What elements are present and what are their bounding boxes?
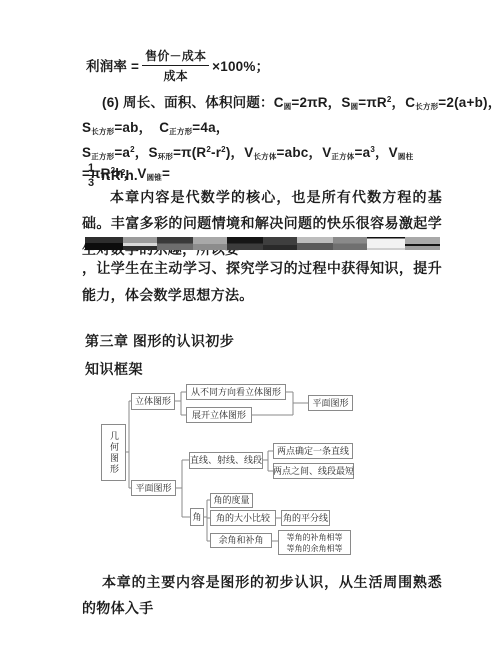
artifact-segment <box>123 237 157 250</box>
node-angle-bisector: 角的平分线 <box>281 510 330 526</box>
artifact-segment <box>333 237 367 250</box>
artifact-segment <box>85 237 123 250</box>
chapter-heading: 第三章 图形的认识初步 <box>85 331 234 351</box>
artifact-segment <box>193 237 227 250</box>
fraction-numerator: 1 <box>85 162 97 176</box>
node-angle-compare: 角的大小比较 <box>210 510 276 526</box>
scan-artifact-bar <box>85 237 440 250</box>
node-complementary-supplementary: 余角和补角 <box>210 533 272 548</box>
perimeter-area-line: (6) 周长、面积、体积问题：C圆=2πR，S圆=πR2，C长方形=2(a+b)… <box>82 91 452 112</box>
artifact-segment <box>367 237 405 250</box>
cone-formula-rest: πR2h. <box>100 168 138 183</box>
formula-rhs: ×100%； <box>212 55 269 75</box>
node-two-points-determine-line: 两点确定一条直线 <box>273 443 353 459</box>
node-angle-measure: 角的度量 <box>210 493 253 508</box>
fraction-denominator: 成本 <box>142 66 209 84</box>
fraction: 售价－成本 成本 <box>142 47 209 84</box>
node-plane-figures-left: 平面图形 <box>131 480 176 496</box>
node-equal-angles-rules: 等角的补角相等 等角的余角相等 <box>278 530 351 555</box>
artifact-segment <box>405 237 440 250</box>
paragraph-active-learning: ，让学生在主动学习、探究学习的过程中获得知识，提升能力，体会数学思想方法。 <box>82 255 442 309</box>
artifact-segment <box>297 237 333 250</box>
node-segment-shortest: 两点之间、线段最短 <box>273 463 354 479</box>
profit-rate-formula: 利润率 = 售价－成本 成本 ×100%； <box>86 48 269 82</box>
node-plane-figures-right: 平面图形 <box>308 395 353 411</box>
node-solid-figures: 立体图形 <box>131 393 175 410</box>
equal-angles-line2: 等角的余角相等 <box>287 543 343 554</box>
area-line: S长方形=ab， C正方形=4a， <box>82 116 452 137</box>
node-geometric-figures: 几何图形 <box>101 424 126 481</box>
paragraph-algebra-core: 本章内容是代数学的核心，也是所有代数方程的基础。丰富多彩的问题情境和解决问题的快… <box>82 184 442 262</box>
node-view-from-directions: 从不同方向看立体图形 <box>186 384 286 400</box>
paragraph-chapter-intro: 本章的主要内容是图形的初步认识，从生活周围熟悉的物体入手 <box>82 569 442 621</box>
artifact-segment <box>157 237 193 250</box>
artifact-segment <box>227 237 263 250</box>
equal-angles-line1: 等角的补角相等 <box>287 532 343 543</box>
node-line-ray-segment: 直线、射线、线段 <box>189 452 263 469</box>
node-angle: 角 <box>190 508 204 526</box>
artifact-segment <box>263 237 297 250</box>
fraction-numerator: 售价－成本 <box>142 47 209 66</box>
formula-lhs: 利润率 = <box>86 55 139 75</box>
node-unfold-solids: 展开立体图形 <box>186 407 252 423</box>
framework-heading: 知识框架 <box>85 359 143 379</box>
